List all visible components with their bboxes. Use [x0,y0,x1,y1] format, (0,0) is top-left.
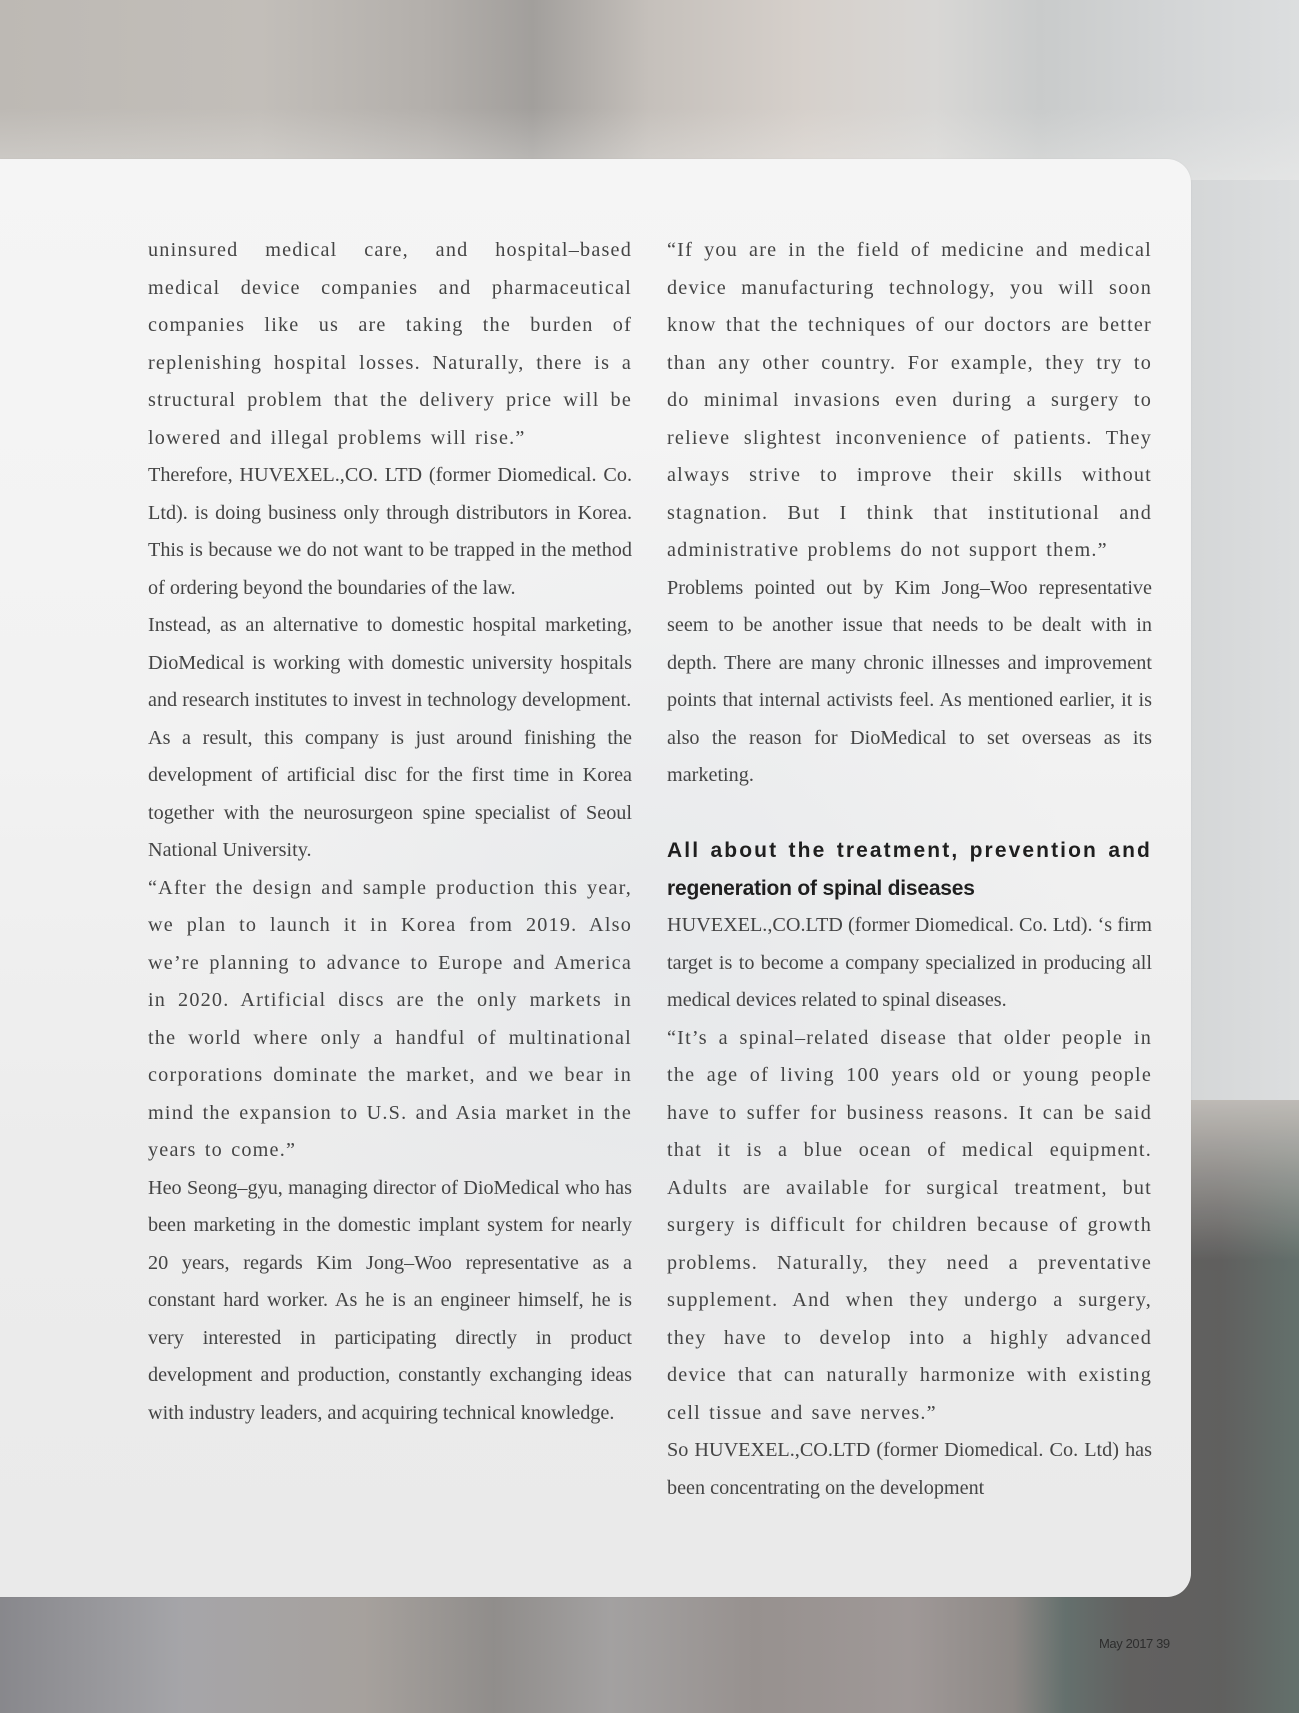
paragraph: “It’s a spinal–related disease that olde… [667,1020,1152,1433]
paragraph: Heo Seong–gyu, managing director of DioM… [148,1170,632,1433]
paragraph: HUVEXEL.,CO.LTD (former Diomedical. Co. … [667,907,1152,1020]
section-heading: All about the treatment, prevention and … [667,832,1152,907]
paragraph: Therefore, HUVEXEL.,CO. LTD (former Diom… [148,457,632,607]
paragraph: uninsured medical care, and hospital–bas… [148,232,632,457]
page-folio: May 2017 39 [1099,1636,1170,1651]
paragraph: So HUVEXEL.,CO.LTD (former Diomedical. C… [667,1432,1152,1507]
section-heading-line-2: regeneration of spinal diseases [667,870,1152,908]
left-text-column: uninsured medical care, and hospital–bas… [148,232,632,1432]
section-heading-line-1: All about the treatment, prevention and [667,832,1152,870]
right-text-column: “If you are in the field of medicine and… [667,232,1152,1507]
background-top-blur [0,0,1299,180]
paragraph: “If you are in the field of medicine and… [667,232,1152,570]
article-card: uninsured medical care, and hospital–bas… [0,159,1191,1597]
paragraph: Problems pointed out by Kim Jong–Woo rep… [667,570,1152,795]
paragraph: “After the design and sample production … [148,870,632,1170]
paragraph: As a result, this company is just around… [148,720,632,870]
paragraph: Instead, as an alternative to domestic h… [148,607,632,720]
section-spacer [667,795,1152,833]
